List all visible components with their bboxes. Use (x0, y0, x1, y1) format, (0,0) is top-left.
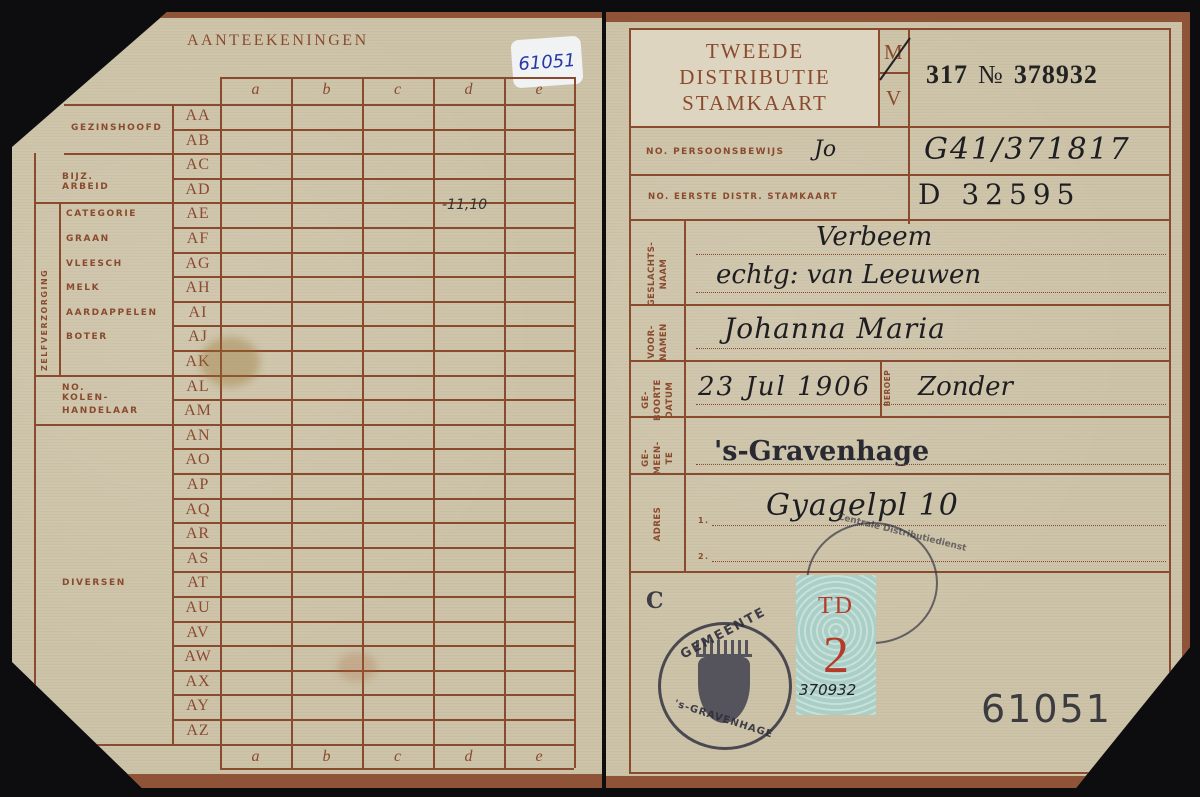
row-code-au: AU (173, 599, 223, 617)
row-line (172, 178, 574, 180)
category-kolenhandelaar-line-2: HANDELAAR (62, 406, 139, 416)
column-header-a: a (220, 81, 291, 99)
beroep-label: BEROEP (882, 368, 894, 408)
row-line (172, 473, 574, 475)
subcategory-vleesch: VLEESCH (66, 259, 123, 269)
row-line (172, 448, 574, 450)
column-header-c: c (362, 81, 433, 99)
dotted-rule (696, 464, 1166, 465)
row-code-ad: AD (173, 181, 223, 199)
row-code-ay: AY (173, 697, 223, 715)
row-line (172, 522, 574, 524)
subcategory-melk: MELK (66, 283, 100, 293)
bottom-border-band (606, 776, 1190, 788)
row-line (172, 325, 574, 327)
divider (629, 416, 1171, 418)
row-code-ab: AB (173, 132, 223, 150)
voornamen-value: Johanna Maria (724, 312, 946, 345)
category-line (34, 375, 574, 377)
header-top-line (220, 77, 574, 79)
gemeente-value: 's-Gravenhage (714, 436, 929, 467)
category-line (34, 424, 574, 426)
category-line (34, 202, 574, 204)
row-line (172, 399, 574, 401)
archive-number: 61051 (981, 687, 1112, 731)
stamp-letters: TD (796, 593, 876, 620)
column-footer-d: d (433, 748, 504, 766)
top-border-band (606, 12, 1190, 22)
row-code-am: AM (173, 402, 223, 420)
row-code-an: AN (173, 427, 223, 445)
right-page-stamkaart: TWEEDE DISTRIBUTIE STAMKAART M V 317№378… (606, 12, 1190, 788)
subcategory-boter: BOTER (66, 332, 108, 342)
card-number: 317№378932 (926, 60, 1098, 90)
row-code-az: AZ (173, 722, 223, 740)
notes-title: AANTEEKENINGEN (187, 32, 369, 50)
beroep-value: Zonder (918, 372, 1013, 402)
sex-option-v: V (886, 86, 901, 111)
row-line (172, 301, 574, 303)
column-footer-a: a (220, 748, 291, 766)
column-footer-c: c (362, 748, 433, 766)
row-code-aq: AQ (173, 501, 223, 519)
eerste-stamkaart-value: D 32595 (918, 178, 1080, 211)
geslachtsnaam-line-2: echtg: van Leeuwen (716, 260, 981, 290)
column-header-e: e (504, 81, 574, 99)
row-code-at: AT (173, 574, 223, 592)
persoonsbewijs-value: G41/371817 (924, 132, 1131, 167)
category-bijz-arbeid: BIJZ. ARBEID (62, 172, 109, 192)
row-code-av: AV (173, 624, 223, 642)
top-border-band (12, 12, 602, 18)
column-header-d: d (433, 81, 504, 99)
adres-line-1-label: 1. (698, 516, 709, 525)
dotted-rule (712, 525, 1166, 526)
serial-number: 378932 (1014, 60, 1098, 89)
divider (629, 473, 1171, 475)
row-code-ap: AP (173, 476, 223, 494)
row-code-ae: AE (173, 205, 223, 223)
divider (629, 219, 1171, 221)
row-line (172, 129, 574, 131)
stamp-value: 2 (796, 630, 876, 682)
subcategory-categorie: CATEGORIE (66, 209, 137, 219)
row-code-ax: AX (173, 673, 223, 691)
category-zelfverzorging: ZELFVERZORGING (40, 268, 49, 370)
row-code-ar: AR (173, 525, 223, 543)
row-code-ao: AO (173, 451, 223, 469)
bottom-border-band (12, 774, 602, 788)
zelfverzorging-bracket (59, 202, 61, 374)
dotted-rule (696, 292, 1166, 293)
eerste-stamkaart-label: NO. EERSTE DISTR. STAMKAART (648, 192, 838, 202)
dotted-rule (696, 348, 1166, 349)
geboortedatum-label: GE- BOORTE DATUM (640, 370, 676, 430)
subcategory-aardappelen: AARDAPPELEN (66, 308, 158, 318)
row-code-aa: AA (173, 107, 223, 125)
row-line (172, 719, 574, 721)
row-line (172, 252, 574, 254)
geslachtsnaam-line-1: Verbeem (816, 222, 932, 252)
revenue-stamp: TD 2 370932 (796, 575, 876, 715)
geboortedatum-value: 23 Jul 1906 (698, 372, 871, 402)
category-diversen: DIVERSEN (62, 578, 126, 588)
persoonsbewijs-mark: Jo (814, 137, 836, 162)
adres-line-2-label: 2. (698, 552, 709, 561)
row-line (172, 227, 574, 229)
divider (629, 360, 1171, 362)
corner-mark: C (646, 588, 664, 614)
geslachtsnaam-label: GESLACHTS- NAAM (646, 234, 670, 314)
dotted-rule (696, 254, 1166, 255)
row-code-ai: AI (173, 304, 223, 322)
dotted-rule (696, 404, 1166, 405)
dotted-rule (712, 561, 1166, 562)
row-code-af: AF (173, 230, 223, 248)
strike-mark (876, 32, 916, 84)
column-line (574, 77, 576, 744)
category-line (64, 153, 574, 155)
category-gezinshoofd: GEZINSHOOFD (71, 123, 162, 133)
stamp-overwrite: 370932 (799, 681, 856, 699)
pencil-note: -11,10 (442, 197, 487, 213)
category-kolenhandelaar-line-1: NO. KOLEN- (62, 383, 109, 403)
row-line (172, 596, 574, 598)
row-line (172, 571, 574, 573)
stain-mark (200, 337, 260, 387)
column-header-b: b (291, 81, 362, 99)
row-code-ac: AC (173, 156, 223, 174)
title-line-3: STAMKAART (631, 90, 879, 116)
title-line-1: TWEEDE (631, 38, 879, 64)
persoonsbewijs-label: NO. PERSOONSBEWIJS (646, 147, 784, 157)
series-number: 317 (926, 60, 968, 89)
category-line (64, 104, 574, 106)
row-line (172, 621, 574, 623)
divider (629, 304, 1171, 306)
row-line (172, 498, 574, 500)
right-border-band (1182, 12, 1190, 788)
row-code-ah: AH (173, 279, 223, 297)
divider (629, 126, 1171, 128)
column-footer-b: b (291, 748, 362, 766)
column-footer-e: e (504, 748, 574, 766)
card-title: TWEEDE DISTRIBUTIE STAMKAART (631, 30, 879, 126)
row-line (172, 645, 574, 647)
category-line (34, 744, 574, 746)
gemeente-label: GE- MEEN- TE (640, 428, 676, 488)
row-code-as: AS (173, 550, 223, 568)
column-line (574, 744, 576, 769)
subcategory-graan: GRAAN (66, 234, 110, 244)
row-code-aw: AW (173, 648, 223, 666)
left-page-aanteekeningen: AANTEEKENINGEN 61051 aabbccddeeAAABACADA… (12, 12, 602, 788)
footer-bottom-line (220, 768, 574, 770)
row-code-ag: AG (173, 255, 223, 273)
stain-mark (337, 652, 377, 682)
title-line-2: DISTRIBUTIE (631, 64, 879, 90)
number-sign: № (978, 60, 1004, 89)
divider (629, 174, 1171, 176)
adres-label: ADRES (652, 494, 664, 554)
row-line (172, 276, 574, 278)
row-line (172, 547, 574, 549)
voornamen-label: VOOR- NAMEN (646, 312, 670, 372)
label-column-divider (684, 219, 686, 571)
row-line (172, 694, 574, 696)
